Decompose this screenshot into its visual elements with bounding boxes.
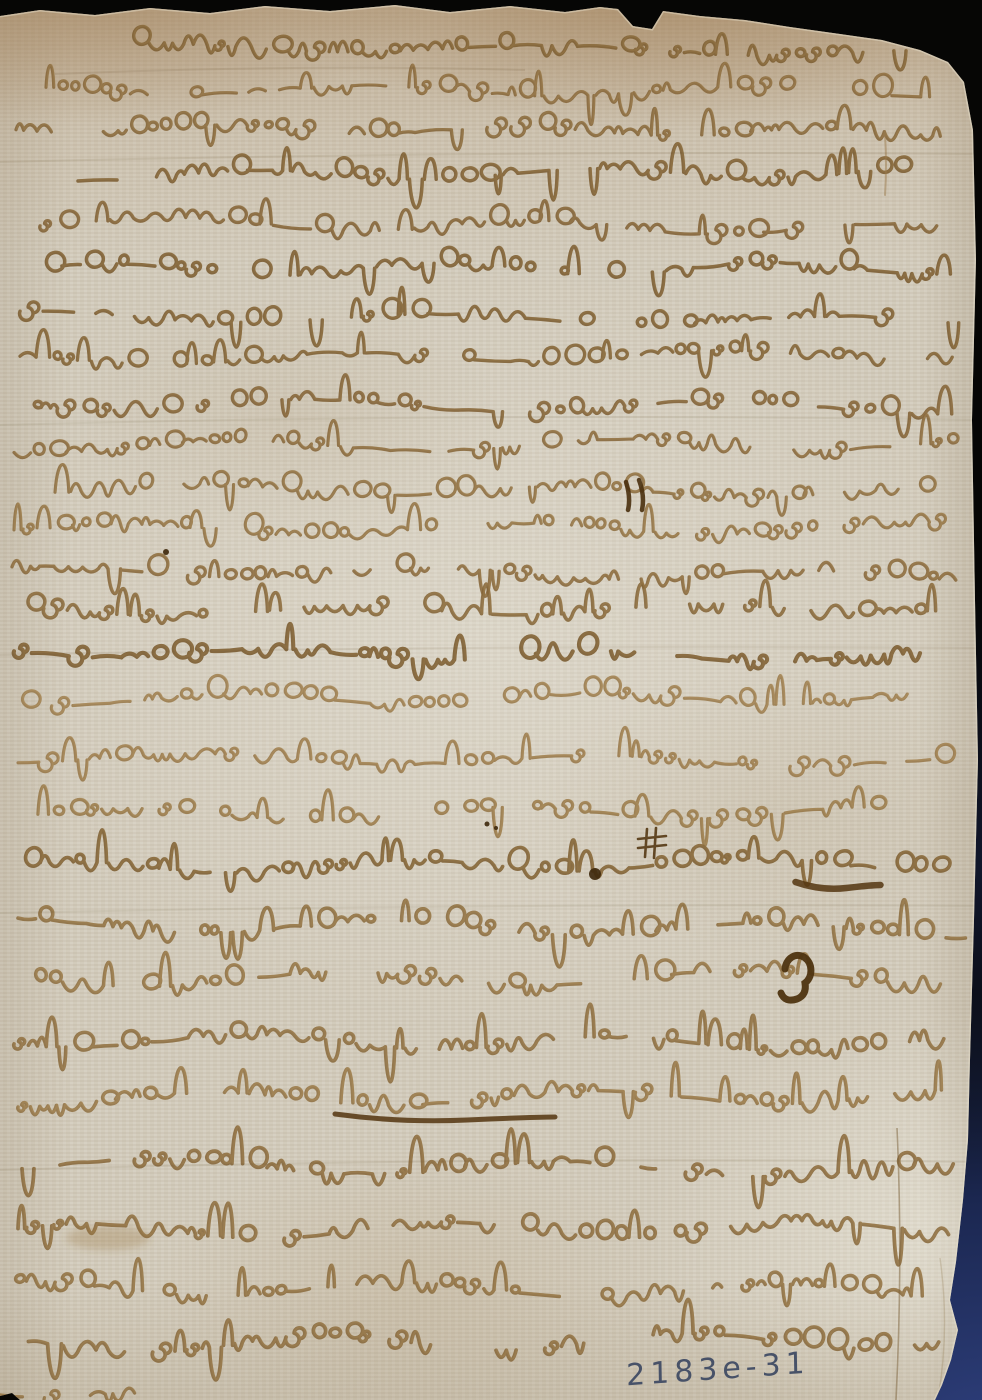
- ink-dot: [589, 868, 601, 880]
- manuscript-page: 2183e-31: [0, 0, 982, 1400]
- handwriting-line: [20, 330, 952, 378]
- handwriting-line: [34, 375, 952, 437]
- ink-smudge: [66, 1226, 150, 1250]
- handwriting-line-echo: [14, 623, 920, 678]
- manuscript-photo: 2183e-31: [0, 0, 982, 1400]
- handwriting-line-echo: [35, 374, 953, 436]
- paper-crease: [55, 68, 525, 74]
- ink-dot: [163, 549, 169, 555]
- ink-dot: [494, 826, 498, 830]
- ink-dot: [485, 822, 490, 827]
- handwriting-line: [16, 105, 940, 149]
- handwriting-layer: [0, 0, 982, 1400]
- handwriting-line: [38, 786, 886, 845]
- handwriting-line: [14, 504, 945, 547]
- handwriting-line: [55, 465, 935, 516]
- heavy-swash: [796, 882, 881, 889]
- handwriting-line-echo: [41, 198, 938, 243]
- handwriting-line: [18, 1203, 949, 1265]
- handwriting-line: [16, 1259, 923, 1306]
- paper-crease: [0, 905, 982, 913]
- paper-crease: [0, 417, 982, 425]
- handwriting-line-echo: [17, 105, 941, 149]
- handwriting-line-echo: [19, 899, 966, 966]
- handwriting-line-echo: [16, 1258, 923, 1305]
- heavy-swash: [335, 1114, 555, 1121]
- ink-blot: [626, 480, 643, 510]
- handwriting-line: [22, 1127, 953, 1207]
- ink-drip: [885, 135, 886, 195]
- handwriting-line-echo: [15, 503, 946, 546]
- hash-mark: [638, 828, 666, 858]
- handwriting-line: [18, 727, 955, 780]
- handwriting-line: [40, 199, 937, 244]
